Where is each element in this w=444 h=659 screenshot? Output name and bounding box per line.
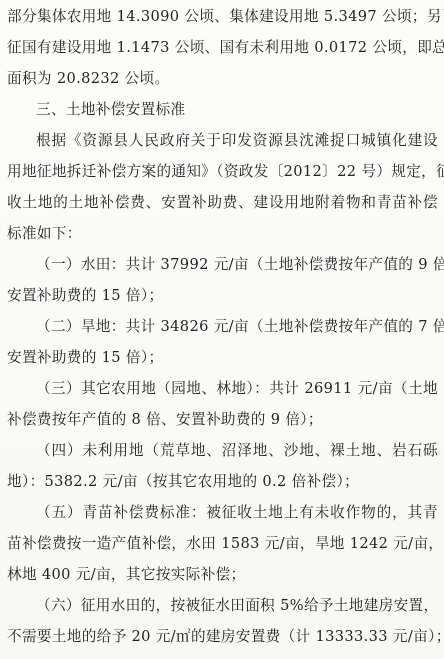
section-heading: 三、土地补偿安置标准 [36, 99, 438, 121]
text-line: 不需要土地的给予 20 元/㎡的建房安置费（计 13333.33 元/亩）； [7, 626, 438, 648]
text-line: （六）征用水田的，按被征水田面积 5%给予土地建房安置， [36, 595, 438, 617]
text-line: 标准如下： [7, 223, 438, 245]
text-line: 苗补偿费按一造产值补偿，水田 1583 元/亩，旱地 1242 元/亩， [7, 533, 438, 555]
text-line: 根据《资源县人民政府关于印发资源县沈滩捉口城镇化建设 [36, 130, 438, 152]
text-line: 林地 400 元/亩，其它按实际补偿； [7, 564, 438, 586]
text-line: 用地征地拆迁补偿方案的通知》（资政发〔2012〕22 号）规定，征 [7, 161, 438, 183]
text-line: 收土地的土地补偿费、安置补助费、建设用地附着物和青苗补偿 [7, 192, 438, 214]
text-line: 地）：5382.2 元/亩（按其它农用地的 0.2 倍补偿）； [7, 471, 438, 493]
text-line: （五）青苗补偿费标准：被征收土地上有未收作物的，其青 [36, 502, 438, 524]
text-line: （四）未利用地（荒草地、沼泽地、沙地、裸土地、岩石砾 [36, 440, 438, 462]
text-line: 部分集体农用地 14.3090 公顷、集体建设用地 5.3497 公顷；另已 [7, 6, 438, 28]
text-line: 安置补助费的 15 倍）； [7, 285, 438, 307]
text-line: 补偿费按年产值的 8 倍、安置补助费的 9 倍）； [7, 409, 438, 431]
text-line: 面积为 20.8232 公顷。 [7, 68, 438, 90]
text-line: 安置补助费的 15 倍）； [7, 347, 438, 369]
text-line: （二）旱地：共计 34826 元/亩（土地补偿费按年产值的 7 倍、 [36, 316, 438, 338]
document-page: 部分集体农用地 14.3090 公顷、集体建设用地 5.3497 公顷；另已征国… [0, 0, 444, 659]
text-line: 征国有建设用地 1.1473 公顷、国有未利用地 0.0172 公顷，即总 [7, 37, 438, 59]
text-line: （三）其它农用地（园地、林地）：共计 26911 元/亩（土地 [36, 378, 438, 400]
text-line: （一）水田：共计 37992 元/亩（土地补偿费按年产值的 9 倍、 [36, 254, 438, 276]
